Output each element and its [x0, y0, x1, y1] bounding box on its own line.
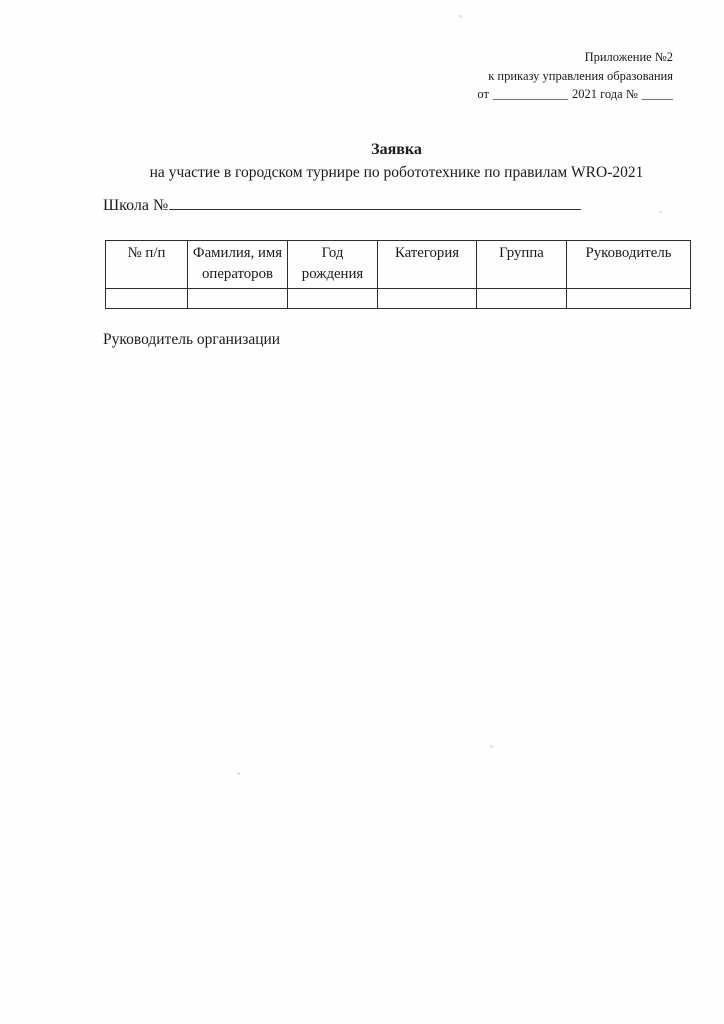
- appendix-line-2: к приказу управления образования: [477, 67, 673, 86]
- appendix-line-1: Приложение №2: [477, 48, 673, 67]
- cell-operator-name: [188, 289, 288, 309]
- table-row: [106, 289, 691, 309]
- header-cell-operator-name: Фамилия, имя операторов: [188, 241, 288, 289]
- page-subtitle: на участие в городском турнире по робото…: [105, 161, 688, 184]
- header-cell-group: Группа: [477, 241, 567, 289]
- cell-birth-year: [288, 289, 378, 309]
- order-number-blank: _____: [642, 87, 673, 101]
- scan-speck: [490, 745, 493, 748]
- appendix-reference: Приложение №2 к приказу управления образ…: [477, 48, 673, 104]
- scan-speck: [459, 15, 462, 18]
- header-cell-number: № п/п: [106, 241, 188, 289]
- participants-table: № п/п Фамилия, имя операторов Год рожден…: [105, 240, 691, 309]
- order-date-prefix: от: [477, 87, 489, 101]
- order-date-blank: ____________: [493, 87, 568, 101]
- cell-number: [106, 289, 188, 309]
- cell-group: [477, 289, 567, 309]
- order-year-label: 2021 года №: [572, 87, 638, 101]
- school-number-label: Школа №: [103, 196, 168, 216]
- cell-category: [378, 289, 477, 309]
- document-page: Приложение №2 к приказу управления образ…: [0, 0, 724, 1024]
- header-cell-birth-year: Год рождения: [288, 241, 378, 289]
- appendix-line-3: от____________2021 года №_____: [477, 85, 673, 104]
- scan-speck: [237, 772, 240, 775]
- cell-supervisor: [567, 289, 691, 309]
- school-number-line: Школа №: [103, 193, 581, 216]
- table-header-row: № п/п Фамилия, имя операторов Год рожден…: [106, 241, 691, 289]
- page-title: Заявка: [105, 139, 688, 161]
- title-block: Заявка на участие в городском турнире по…: [105, 139, 688, 184]
- header-cell-category: Категория: [378, 241, 477, 289]
- scan-speck: [659, 211, 662, 213]
- organization-head-label: Руководитель организации: [103, 330, 280, 350]
- header-cell-supervisor: Руководитель: [567, 241, 691, 289]
- school-number-blank: [169, 193, 581, 210]
